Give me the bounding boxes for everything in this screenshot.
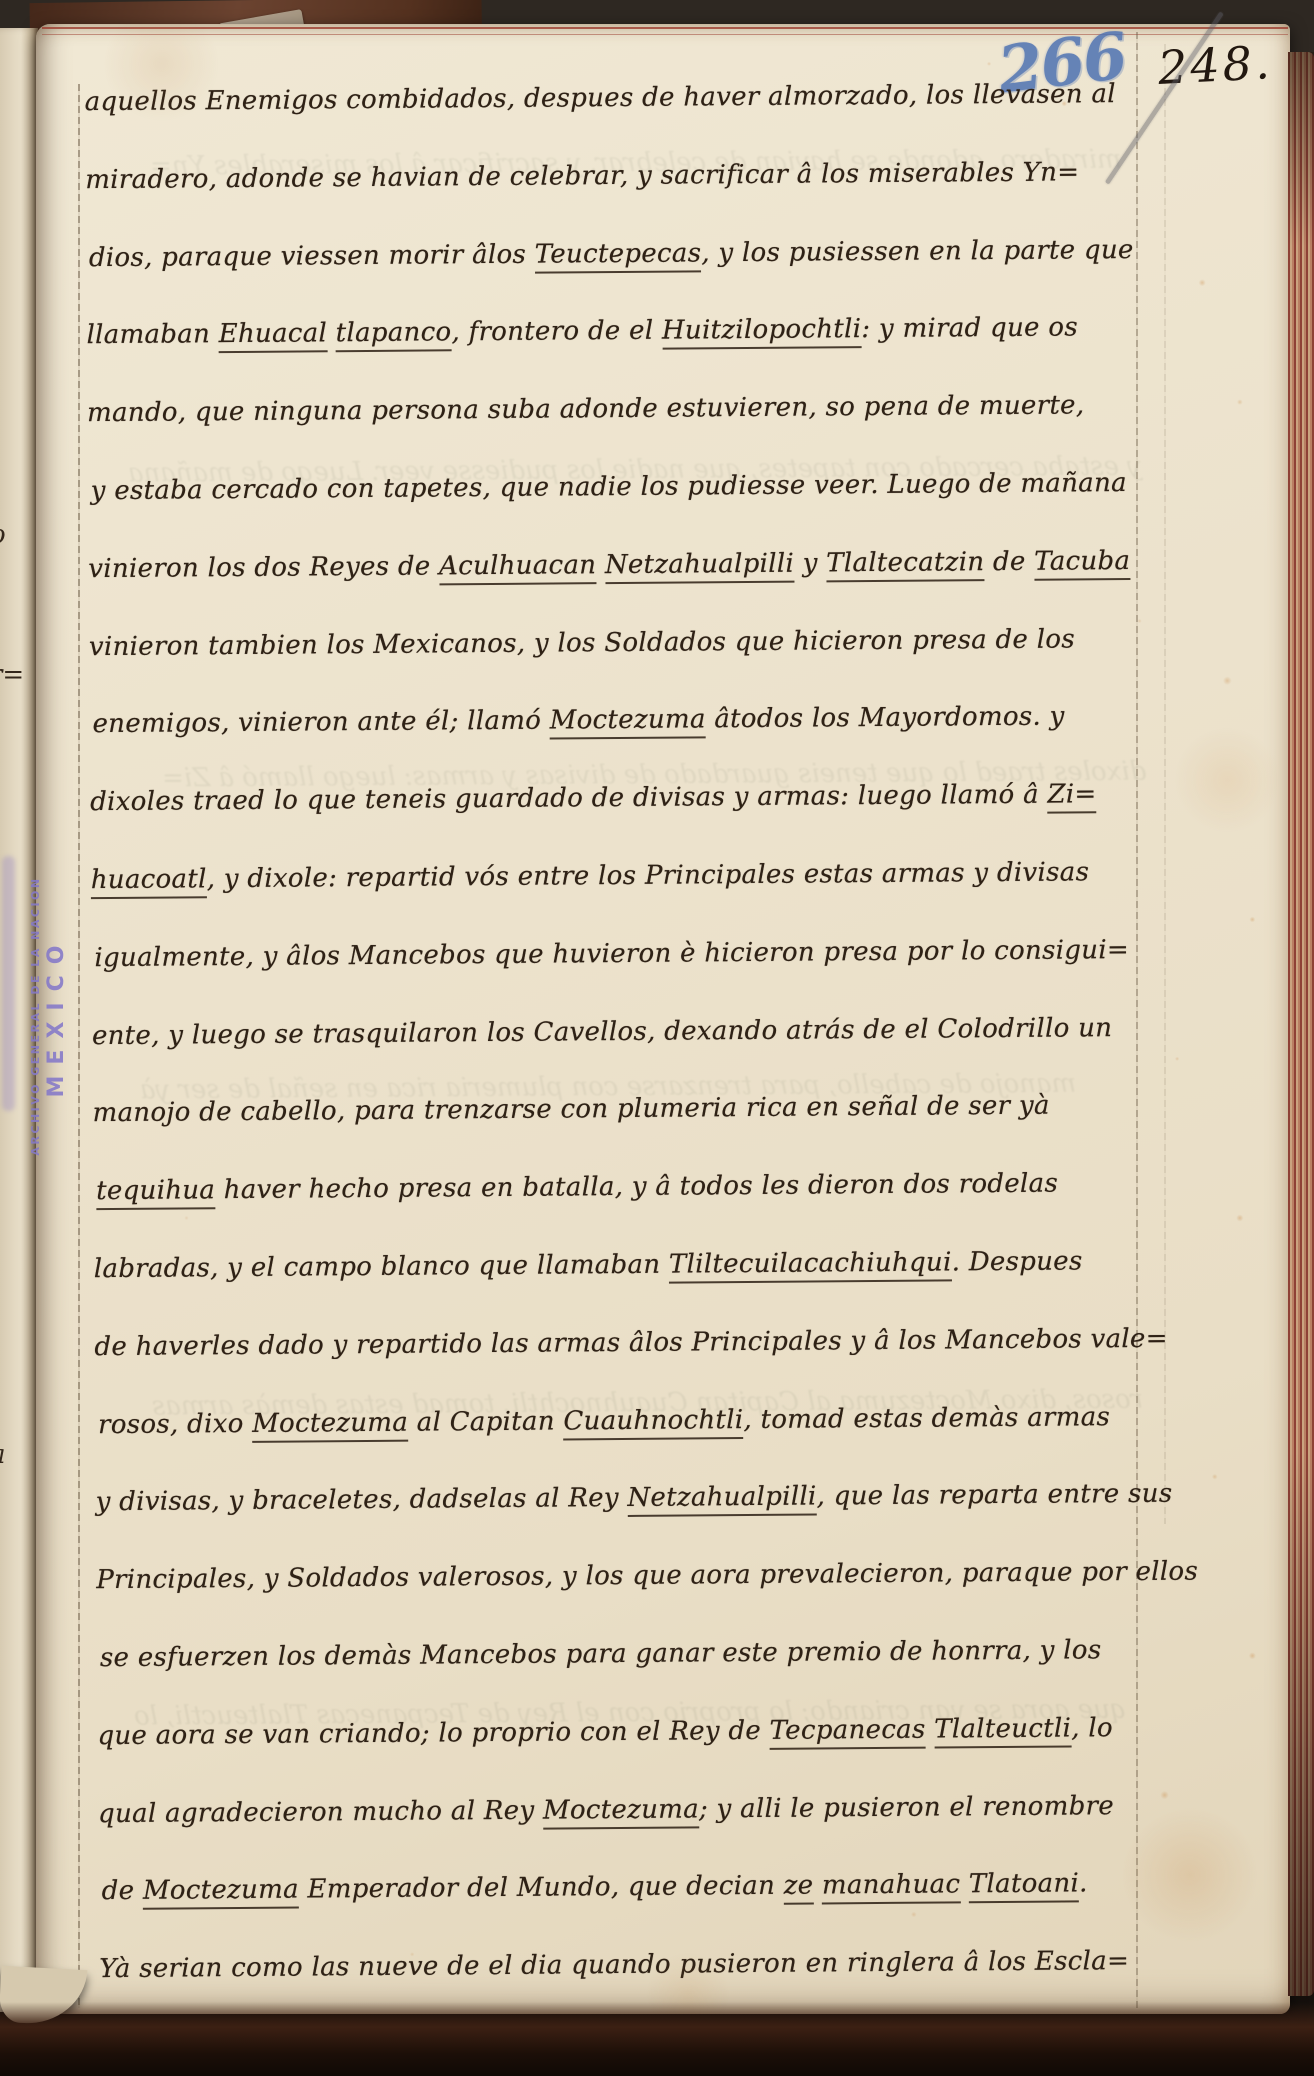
manuscript-text: ente, y luego se trasquilaron los Cavell… <box>92 1013 1112 1051</box>
manuscript-text: igualmente, y âlos Mancebos que huvieron… <box>94 935 1129 973</box>
manuscript-line: llamaban Ehuacal tlapanco, frontero de e… <box>86 289 1145 375</box>
manuscript-line: vinieron los dos Reyes de Aculhuacan Net… <box>88 523 1147 609</box>
manuscript-line: Yà serian como las nueve de el dia quand… <box>99 1923 1158 2009</box>
underlined-word: Moctezuma <box>143 1875 299 1910</box>
manuscript-line: se esfuerzen los demàs Mancebos para gan… <box>97 1612 1156 1698</box>
underlined-word: Tecpanecas <box>769 1714 925 1749</box>
pencil-margin-line-right-2 <box>1164 44 1166 1524</box>
manuscript-text: manojo de cabello, para trenzarse con pl… <box>93 1091 1050 1129</box>
manuscript-text: , y los pusiessen en la parte que <box>701 235 1134 268</box>
underlined-word: huacoatl <box>91 864 207 899</box>
manuscript-line: igualmente, y âlos Mancebos que huvieron… <box>91 912 1150 998</box>
manuscript-text: y divisas, y braceletes, dadselas al Rey <box>96 1483 628 1517</box>
manuscript-line: y estaba cercado con tapetes, que nadie … <box>87 445 1146 531</box>
archive-stamp-line-big: MEXICO <box>44 842 69 1190</box>
manuscript-text: labradas, y el campo blanco que llamaban <box>94 1250 669 1285</box>
underlined-word: Aculhuacan <box>439 550 596 585</box>
underlined-word: Tacuba <box>1034 546 1130 581</box>
manuscript-line: miradero, adonde se havian de celebrar, … <box>85 134 1144 220</box>
archive-stamp-line-small: ARCHIVO GENERAL DE LA NACION <box>29 842 42 1190</box>
manuscript-text: qual agradecieron mucho al Rey <box>98 1795 543 1828</box>
manuscript-text: vinieron tambien los Mexicanos, y los So… <box>89 624 1075 662</box>
fore-edge-pages <box>1288 52 1314 1996</box>
manuscript-text: vinieron los dos Reyes de <box>88 551 439 584</box>
manuscript-text <box>596 550 605 580</box>
manuscript-text: de <box>984 547 1034 577</box>
facing-page-ink-mark: o <box>0 520 6 550</box>
manuscript-text: , y dixole: repartid vós entre los Princ… <box>207 857 1090 894</box>
manuscript-text: de haverles dado y repartido las armas â… <box>94 1323 1168 1361</box>
underlined-word: Huitzilopochtli <box>662 314 862 350</box>
manuscript-text: y estaba cercado con tapetes, que nadie … <box>91 468 1127 506</box>
manuscript-text: ; y alli le pusieron el renombre <box>699 1791 1114 1824</box>
manuscript-text: de <box>102 1876 143 1906</box>
manuscript-text: al Capitan <box>408 1406 563 1437</box>
manuscript-text: âtodos los Mayordomos. y <box>706 702 1065 735</box>
manuscript-line: y divisas, y braceletes, dadselas al Rey… <box>95 1456 1154 1542</box>
manuscript-line: vinieron tambien los Mexicanos, y los So… <box>89 600 1148 686</box>
underlined-word: Moctezuma <box>550 705 706 740</box>
underlined-word: Zi= <box>1047 779 1096 813</box>
manuscript-line: huacoatl, y dixole: repartid vós entre l… <box>90 834 1149 920</box>
manuscript-line: Principales, y Soldados valerosos, y los… <box>96 1534 1155 1620</box>
manuscript-text <box>925 1714 934 1744</box>
underlined-word: tlapanco <box>336 318 452 353</box>
manuscript-text: Emperador del Mundo, que decian <box>299 1871 784 1905</box>
underlined-word: Tlatoani <box>969 1869 1079 1904</box>
underlined-word: Tlaltecatzin <box>826 547 984 582</box>
manuscript-text: aquellos Enemigos combidados, despues de… <box>85 79 1116 117</box>
stamp-offset-smudge <box>2 856 15 1111</box>
underlined-word: Tlalteuctli <box>934 1713 1071 1748</box>
facing-page-ink-mark: r= <box>0 660 24 690</box>
manuscript-text: Principales, y Soldados valerosos, y los… <box>96 1557 1198 1596</box>
manuscript-line: que aora se van criando; lo proprio con … <box>97 1690 1156 1776</box>
underlined-word: Netzahualpilli <box>605 548 794 583</box>
manuscript-line: dixoles traed lo que teneis guardado de … <box>90 756 1149 842</box>
manuscript-text: . <box>1079 1869 1088 1899</box>
archive-stamp: ARCHIVO GENERAL DE LA NACION MEXICO <box>28 842 70 1190</box>
underlined-word: tequihua <box>96 1175 215 1210</box>
manuscript-line: rosos, dixo Moctezuma al Capitan Cuauhno… <box>95 1378 1154 1464</box>
manuscript-line: dios, paraque viessen morir âlos Teuctep… <box>86 211 1145 297</box>
manuscript-text: y <box>794 548 826 578</box>
manuscript-text: , que las reparta entre sus <box>817 1479 1173 1512</box>
underlined-word: Moctezuma <box>543 1794 699 1829</box>
manuscript-text: , tomad estas demàs armas <box>743 1402 1110 1435</box>
manuscript-text: haver hecho presa en batalla, y â todos … <box>215 1169 1058 1206</box>
manuscript-line: manojo de cabello, para trenzarse con pl… <box>92 1067 1151 1153</box>
underlined-word: Moctezuma <box>252 1407 408 1442</box>
manuscript-line: enemigos, vinieron ante él; llamó Moctez… <box>89 678 1148 764</box>
underlined-word: Netzahualpilli <box>627 1482 816 1517</box>
leather-binding-bottom <box>0 2002 1314 2076</box>
manuscript-text: miradero, adonde se havian de celebrar, … <box>85 157 1079 195</box>
underlined-word: Teuctepecas <box>535 238 702 273</box>
manuscript-text: mando, que ninguna persona suba adonde e… <box>87 391 1085 429</box>
manuscript-line: mando, que ninguna persona suba adonde e… <box>87 367 1146 453</box>
underlined-word: Cuauhnochtli <box>563 1405 743 1440</box>
manuscript-text: rosos, dixo <box>98 1408 252 1439</box>
manuscript-line: qual agradecieron mucho al Rey Moctezuma… <box>98 1767 1157 1853</box>
underlined-word: manahuac <box>822 1870 961 1905</box>
manuscript-line: tequihua haver hecho presa en batalla, y… <box>93 1145 1152 1231</box>
manuscript-text-block: aquellos Enemigos combidados, despues de… <box>84 56 1157 2009</box>
archive-stamp-text: ARCHIVO GENERAL DE LA NACION MEXICO <box>28 842 70 1190</box>
manuscript-line: de Moctezuma Emperador del Mundo, que de… <box>98 1845 1157 1931</box>
pencil-margin-line-left <box>78 84 80 2008</box>
manuscript-text: : y mirad que os <box>861 313 1078 345</box>
facing-page-ink-mark: a <box>0 1440 6 1470</box>
manuscript-text: se esfuerzen los demàs Mancebos para gan… <box>100 1635 1102 1673</box>
manuscript-text: que aora se van criando; lo proprio con … <box>97 1716 769 1751</box>
manuscript-text: . Despues <box>952 1246 1083 1277</box>
manuscript-text: llamaban <box>86 320 218 351</box>
manuscript-scan: { "page": { "folio_number_ink": "248.", … <box>0 0 1314 2076</box>
underlined-word: ze <box>784 1871 814 1905</box>
underlined-word: Ehuacal <box>219 319 328 354</box>
underlined-word: Tliltecuilacachiuhqui <box>669 1247 952 1283</box>
manuscript-line: ente, y luego se trasquilaron los Cavell… <box>92 989 1151 1075</box>
manuscript-line: de haverles dado y repartido las armas â… <box>94 1301 1153 1387</box>
manuscript-text: , frontero de el <box>451 316 662 348</box>
manuscript-text: enemigos, vinieron ante él; llamó <box>92 706 549 740</box>
manuscript-line: labradas, y el campo blanco que llamaban… <box>94 1223 1153 1309</box>
manuscript-text: Yà serian como las nueve de el dia quand… <box>99 1946 1129 1984</box>
manuscript-text: , lo <box>1071 1713 1113 1743</box>
manuscript-text: dios, paraque viessen morir âlos <box>89 239 535 273</box>
manuscript-text: dixoles traed lo que teneis guardado de … <box>90 780 1048 818</box>
manuscript-line: aquellos Enemigos combidados, despues de… <box>84 56 1143 142</box>
